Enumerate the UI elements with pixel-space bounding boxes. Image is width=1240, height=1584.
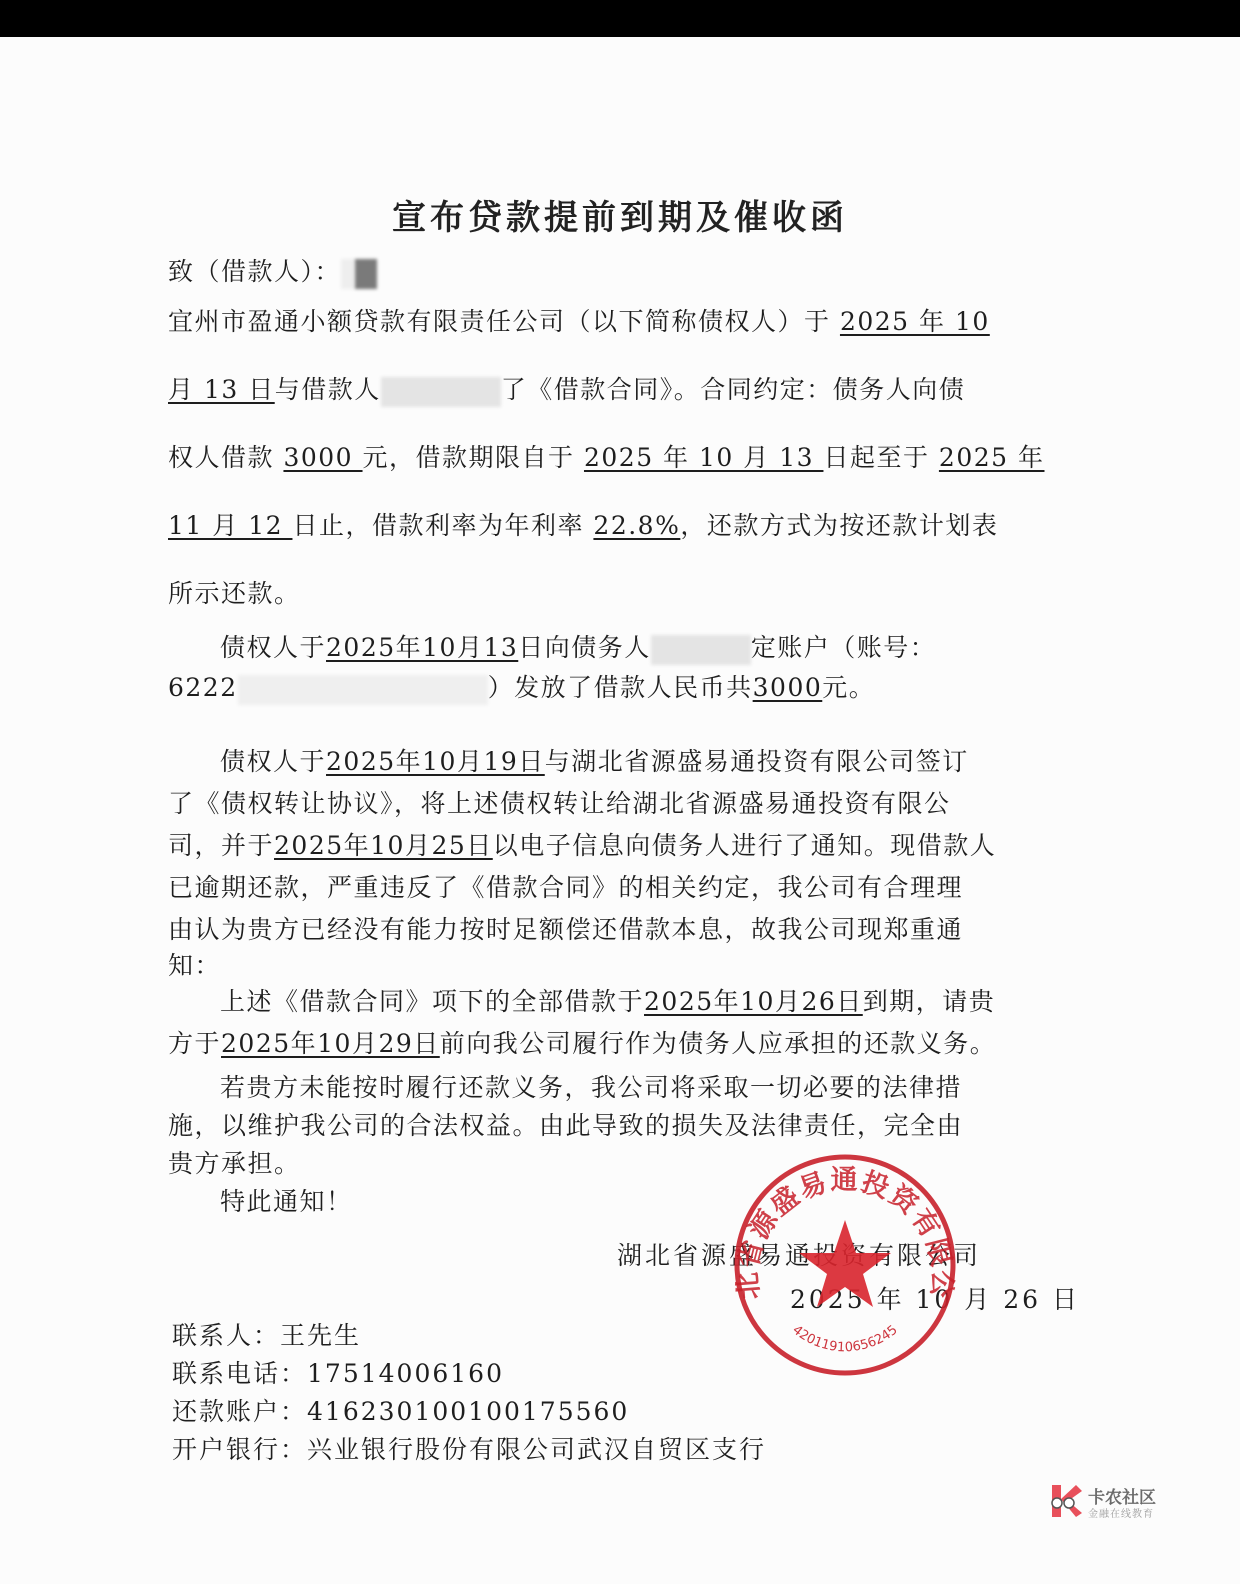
text: 与借款人 [275, 375, 381, 404]
para3-line1: 债权人于2025年10月19日与湖北省源盛易通投资有限公司签订 [220, 742, 969, 778]
amount-underlined: 3000 [753, 673, 823, 702]
para2-line1: 债权人于2025年10月13日向债务人定账户（账号： [220, 628, 936, 665]
date-underlined: 2025 年 10 月 13 [584, 443, 823, 472]
star-icon [799, 1220, 891, 1307]
text: ）发放了借款人民币共 [488, 673, 753, 702]
top-black-bar [0, 0, 1240, 37]
text: 前向我公司履行作为债务人应承担的还款义务。 [440, 1029, 997, 1058]
text: 了《借款合同》。合同约定：债务人向债 [501, 375, 966, 404]
watermark-logo: 卡农社区 金融在线教育 [1048, 1483, 1178, 1519]
text: ，还款方式为按还款计划表 [680, 511, 998, 540]
company-seal-stamp: 湖北省源盛易通投资有限公司 4201191065624​5 [730, 1150, 960, 1380]
rate-underlined: 22.8% [593, 511, 680, 540]
text: 日止，借款利率为年利率 [292, 511, 593, 540]
text: 日向债务人 [518, 633, 651, 662]
para4-line2: 方于2025年10月29日前向我公司履行作为债务人应承担的还款义务。 [168, 1024, 996, 1060]
deadline-date-underlined: 2025年10月29日 [221, 1029, 440, 1058]
repayment-account-line: 还款账户：416230100100175560 [172, 1392, 629, 1428]
redacted-name [341, 259, 355, 289]
addressee-label: 致（借款人）： [168, 257, 341, 286]
para5-line3: 贵方承担。 [168, 1144, 301, 1180]
para3-line6: 知： [168, 946, 221, 982]
date-underlined: 11 月 12 [168, 511, 292, 540]
contact-phone-label: 联系电话： [172, 1359, 307, 1388]
text: 权人借款 [168, 443, 283, 472]
contact-phone: 17514006160 [307, 1359, 504, 1388]
stamp-code: 4201191065624​5 [789, 1323, 900, 1356]
due-date-underlined: 2025年10月26日 [644, 987, 863, 1016]
text: 方于 [168, 1029, 221, 1058]
text: 宜州市盈通小额贷款有限责任公司（以下简称债权人）于 [168, 307, 840, 336]
contact-person: 王先生 [280, 1321, 361, 1350]
para3-line5: 由认为贵方已经没有能力按时足额偿还借款本息，故我公司现郑重通 [168, 910, 963, 946]
redacted-account [238, 675, 488, 705]
text: 债权人于 [220, 747, 326, 776]
repayment-account-label: 还款账户： [172, 1397, 307, 1426]
para1-line3: 权人借款 3000 元，借款期限自于 2025 年 10 月 13 日起至于 2… [168, 438, 1045, 474]
amount-underlined: 3000 [283, 443, 362, 472]
contact-person-line: 联系人：王先生 [172, 1316, 361, 1352]
para1-line4: 11 月 12 日止，借款利率为年利率 22.8%，还款方式为按还款计划表 [168, 506, 998, 542]
para1-line5: 所示还款。 [168, 574, 301, 610]
redacted-borrower [381, 377, 501, 407]
date-underlined: 月 13 日 [168, 375, 275, 404]
addressee-line: 致（借款人）： [168, 252, 377, 289]
para2-line2: 6222）发放了借款人民币共3000元。 [168, 668, 875, 705]
redacted-name-block [355, 259, 377, 289]
contact-person-label: 联系人： [172, 1321, 280, 1350]
para1-line1: 宜州市盈通小额贷款有限责任公司（以下简称债权人）于 2025 年 10 [168, 302, 990, 338]
date-underlined: 2025年10月19日 [326, 747, 545, 776]
date-underlined: 2025 年 [939, 443, 1045, 472]
bank-line: 开户银行：兴业银行股份有限公司武汉自贸区支行 [172, 1430, 766, 1466]
para3-line4: 已逾期还款，严重违反了《借款合同》的相关约定，我公司有合理理 [168, 868, 963, 904]
date-underlined: 2025年10月13 [326, 633, 518, 662]
para5-line2: 施，以维护我公司的合法权益。由此导致的损失及法律责任，完全由 [168, 1106, 963, 1142]
redacted-name [651, 635, 751, 665]
para1-line2: 月 13 日与借款人了《借款合同》。合同约定：债务人向债 [168, 370, 965, 407]
text: 日起至于 [823, 443, 938, 472]
date-underlined: 2025年10月25日 [274, 831, 493, 860]
repayment-account: 416230100100175560 [307, 1397, 629, 1426]
watermark-subtitle: 金融在线教育 [1088, 1505, 1154, 1520]
kanong-logo-icon [1048, 1483, 1084, 1519]
text: 元。 [822, 673, 875, 702]
text: 元，借款期限自于 [363, 443, 584, 472]
text: 债权人于 [220, 633, 326, 662]
document-title: 宣布贷款提前到期及催收函 [0, 190, 1240, 239]
para3-line2: 了《债权转让协议》，将上述债权转让给湖北省源盛易通投资有限公 [168, 784, 951, 820]
text: 与湖北省源盛易通投资有限公司签订 [545, 747, 969, 776]
contact-phone-line: 联系电话：17514006160 [172, 1354, 504, 1390]
text: 司，并于 [168, 831, 274, 860]
para5-line1: 若贵方未能按时履行还款义务，我公司将采取一切必要的法律措 [220, 1068, 962, 1104]
para4-line1: 上述《借款合同》项下的全部借款于2025年10月26日到期，请贵 [220, 982, 995, 1018]
closing-text: 特此通知！ [220, 1182, 353, 1218]
text: 以电子信息向债务人进行了通知。现借款人 [493, 831, 997, 860]
text: 到期，请贵 [863, 987, 996, 1016]
text: 上述《借款合同》项下的全部借款于 [220, 987, 644, 1016]
bank-label: 开户银行： [172, 1435, 307, 1464]
text: 定账户（账号： [751, 633, 937, 662]
account-prefix: 6222 [168, 673, 238, 702]
svg-text:4201191065624​5: 4201191065624​5 [789, 1323, 900, 1356]
bank-name: 兴业银行股份有限公司武汉自贸区支行 [307, 1435, 766, 1464]
para3-line3: 司，并于2025年10月25日以电子信息向债务人进行了通知。现借款人 [168, 826, 996, 862]
date-underlined: 2025 年 10 [840, 307, 990, 336]
